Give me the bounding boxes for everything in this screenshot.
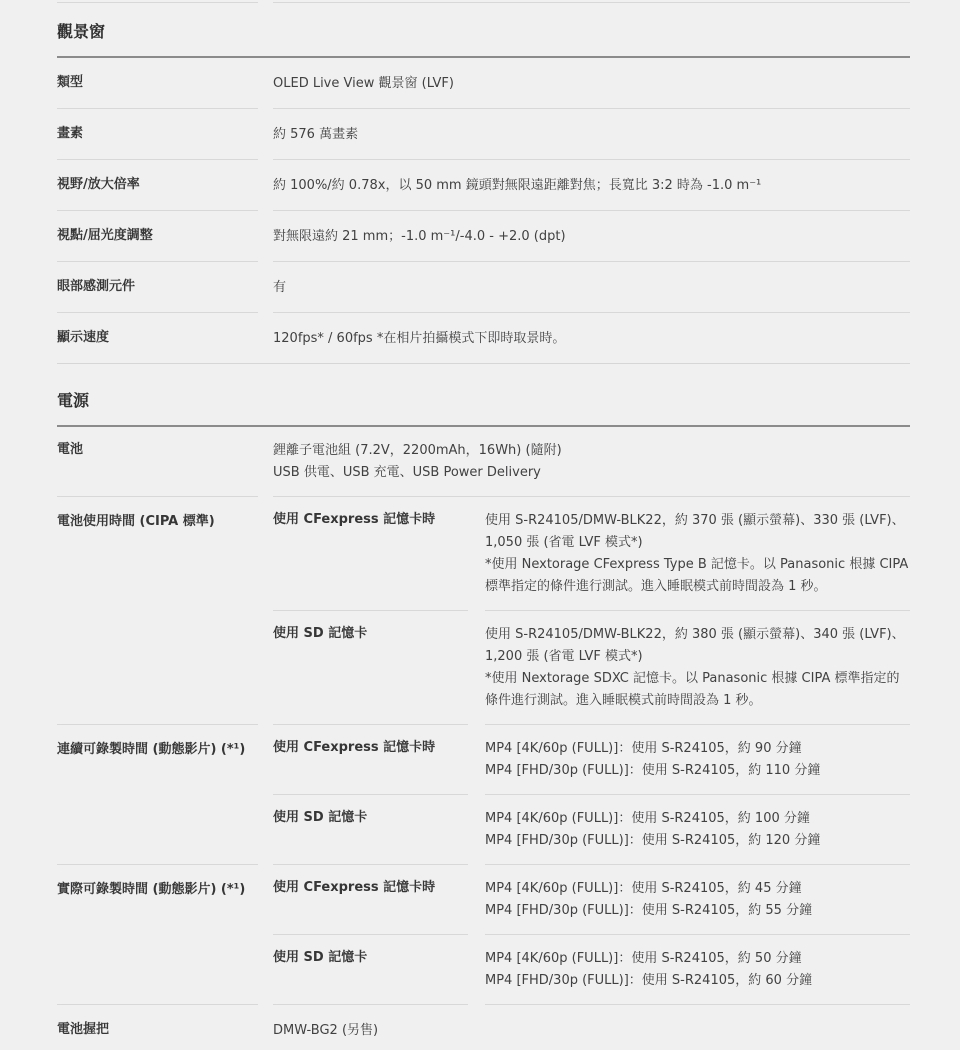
subrow-label: 使用 CFexpress 記憶卡時 <box>273 497 468 611</box>
subrow-label: 使用 SD 記憶卡 <box>273 935 468 1005</box>
subrow-value: MP4 [4K/60p (FULL)]：使用 S-R24105，約 100 分鐘… <box>485 795 910 865</box>
subrow-value: MP4 [4K/60p (FULL)]：使用 S-R24105，約 50 分鐘 … <box>485 935 910 1005</box>
subrow-sd: 使用 SD 記憶卡 MP4 [4K/60p (FULL)]：使用 S-R2410… <box>273 795 910 865</box>
row-label: 畫素 <box>57 109 258 160</box>
subrow-cfexpress: 使用 CFexpress 記憶卡時 MP4 [4K/60p (FULL)]：使用… <box>273 725 910 795</box>
partial-divider-left <box>57 2 258 3</box>
value-line: USB 供電、USB 充電、USB Power Delivery <box>273 462 910 484</box>
spec-row-battery-life-cipa: 電池使用時間 (CIPA 標準) 使用 CFexpress 記憶卡時 使用 S-… <box>57 497 910 725</box>
value-line: MP4 [FHD/30p (FULL)]：使用 S-R24105，約 120 分… <box>485 830 910 852</box>
value-line: 使用 S-R24105/DMW-BLK22，約 370 張 (顯示螢幕)、330… <box>485 510 910 554</box>
value-line: MP4 [4K/60p (FULL)]：使用 S-R24105，約 50 分鐘 <box>485 948 910 970</box>
subrow-label: 使用 SD 記憶卡 <box>273 611 468 725</box>
spec-row-display-speed: 顯示速度 120fps* / 60fps *在相片拍攝模式下即時取景時。 <box>57 313 910 363</box>
subrow-cfexpress: 使用 CFexpress 記憶卡時 使用 S-R24105/DMW-BLK22，… <box>273 497 910 611</box>
value-line: MP4 [4K/60p (FULL)]：使用 S-R24105，約 100 分鐘 <box>485 808 910 830</box>
row-label: 實際可錄製時間 (動態影片) (*¹) <box>57 865 258 1005</box>
row-label: 視點/屈光度調整 <box>57 211 258 262</box>
subrow-cfexpress: 使用 CFexpress 記憶卡時 MP4 [4K/60p (FULL)]：使用… <box>273 865 910 935</box>
value-line: MP4 [4K/60p (FULL)]：使用 S-R24105，約 45 分鐘 <box>485 878 910 900</box>
value-line: MP4 [FHD/30p (FULL)]：使用 S-R24105，約 60 分鐘 <box>485 970 910 992</box>
spec-row-pixels: 畫素 約 576 萬畫素 <box>57 109 910 160</box>
row-value: OLED Live View 觀景窗 (LVF) <box>273 58 910 109</box>
section-title-viewfinder: 觀景窗 <box>57 3 910 56</box>
subrow-group: 使用 CFexpress 記憶卡時 MP4 [4K/60p (FULL)]：使用… <box>273 725 910 865</box>
value-line: 鋰離子電池組 (7.2V，2200mAh，16Wh) (隨附) <box>273 440 910 462</box>
partial-divider-right <box>273 2 910 3</box>
subrow-label: 使用 CFexpress 記憶卡時 <box>273 725 468 795</box>
value-line: *使用 Nextorage CFexpress Type B 記憶卡。以 Pan… <box>485 554 910 598</box>
spec-row-eye-sensor: 眼部感測元件 有 <box>57 262 910 313</box>
subrow-value: 使用 S-R24105/DMW-BLK22，約 380 張 (顯示螢幕)、340… <box>485 611 910 725</box>
spec-row-continuous-rec-time: 連續可錄製時間 (動態影片) (*¹) 使用 CFexpress 記憶卡時 MP… <box>57 725 910 865</box>
row-value: 約 576 萬畫素 <box>273 109 910 160</box>
row-label: 類型 <box>57 58 258 109</box>
spec-row-actual-rec-time: 實際可錄製時間 (動態影片) (*¹) 使用 CFexpress 記憶卡時 MP… <box>57 865 910 1005</box>
row-value: 對無限遠約 21 mm；-1.0 m⁻¹/-4.0 - +2.0 (dpt) <box>273 211 910 262</box>
row-label: 視野/放大倍率 <box>57 160 258 211</box>
row-label: 連續可錄製時間 (動態影片) (*¹) <box>57 725 258 865</box>
row-label: 電池 <box>57 427 258 497</box>
row-label: 電池使用時間 (CIPA 標準) <box>57 497 258 725</box>
subrow-sd: 使用 SD 記憶卡 使用 S-R24105/DMW-BLK22，約 380 張 … <box>273 611 910 725</box>
spec-table: 觀景窗 類型 OLED Live View 觀景窗 (LVF) 畫素 約 576… <box>0 0 910 1050</box>
subrow-value: MP4 [4K/60p (FULL)]：使用 S-R24105，約 90 分鐘 … <box>485 725 910 795</box>
value-line: MP4 [FHD/30p (FULL)]：使用 S-R24105，約 110 分… <box>485 760 910 782</box>
section-title-power: 電源 <box>57 364 910 425</box>
spec-row-battery: 電池 鋰離子電池組 (7.2V，2200mAh，16Wh) (隨附) USB 供… <box>57 427 910 497</box>
value-line: 使用 S-R24105/DMW-BLK22，約 380 張 (顯示螢幕)、340… <box>485 624 910 668</box>
spec-row-fov-magnification: 視野/放大倍率 約 100%/約 0.78x，以 50 mm 鏡頭對無限遠距離對… <box>57 160 910 211</box>
row-value: 有 <box>273 262 910 313</box>
partial-row-divider <box>57 0 910 3</box>
subrow-sd: 使用 SD 記憶卡 MP4 [4K/60p (FULL)]：使用 S-R2410… <box>273 935 910 1005</box>
row-value: 鋰離子電池組 (7.2V，2200mAh，16Wh) (隨附) USB 供電、U… <box>273 427 910 497</box>
subrow-value: 使用 S-R24105/DMW-BLK22，約 370 張 (顯示螢幕)、330… <box>485 497 910 611</box>
subrow-group: 使用 CFexpress 記憶卡時 使用 S-R24105/DMW-BLK22，… <box>273 497 910 725</box>
subrow-label: 使用 CFexpress 記憶卡時 <box>273 865 468 935</box>
row-value: DMW-BG2 (另售) <box>273 1005 910 1050</box>
subrow-label: 使用 SD 記憶卡 <box>273 795 468 865</box>
spec-row-battery-grip: 電池握把 DMW-BG2 (另售) <box>57 1005 910 1050</box>
row-label: 顯示速度 <box>57 313 258 363</box>
row-label: 眼部感測元件 <box>57 262 258 313</box>
row-value: 約 100%/約 0.78x，以 50 mm 鏡頭對無限遠距離對焦；長寬比 3:… <box>273 160 910 211</box>
subrow-group: 使用 CFexpress 記憶卡時 MP4 [4K/60p (FULL)]：使用… <box>273 865 910 1005</box>
spec-row-type: 類型 OLED Live View 觀景窗 (LVF) <box>57 58 910 109</box>
value-line: MP4 [FHD/30p (FULL)]：使用 S-R24105，約 55 分鐘 <box>485 900 910 922</box>
subrow-value: MP4 [4K/60p (FULL)]：使用 S-R24105，約 45 分鐘 … <box>485 865 910 935</box>
spec-row-eyepoint-diopter: 視點/屈光度調整 對無限遠約 21 mm；-1.0 m⁻¹/-4.0 - +2.… <box>57 211 910 262</box>
value-line: MP4 [4K/60p (FULL)]：使用 S-R24105，約 90 分鐘 <box>485 738 910 760</box>
row-value: 120fps* / 60fps *在相片拍攝模式下即時取景時。 <box>273 313 910 363</box>
value-line: *使用 Nextorage SDXC 記憶卡。以 Panasonic 根據 CI… <box>485 668 910 712</box>
row-label: 電池握把 <box>57 1005 258 1050</box>
